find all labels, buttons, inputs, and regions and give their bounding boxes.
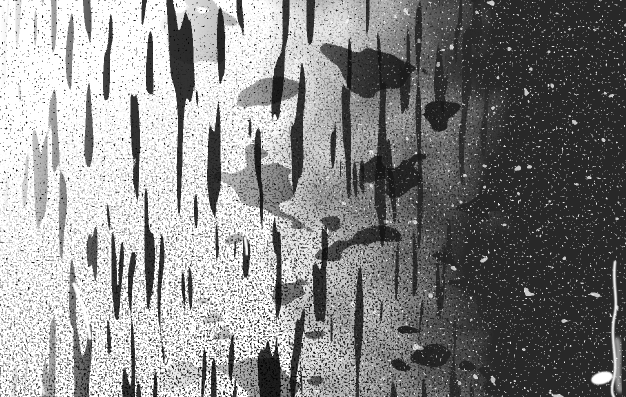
grunge-noise-canvas (0, 0, 626, 397)
grunge-texture (0, 0, 626, 397)
dark-zone (0, 0, 626, 397)
right-edge-streak-glow (617, 340, 620, 390)
